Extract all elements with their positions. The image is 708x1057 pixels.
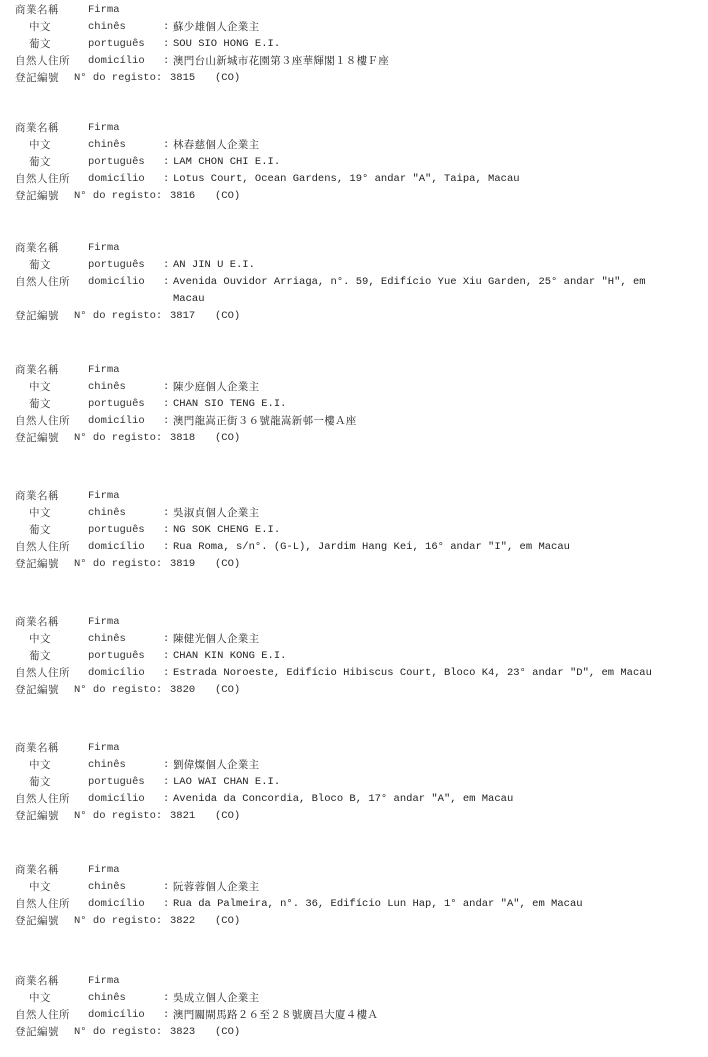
separator: :	[163, 757, 169, 774]
firm-label-zh: 商業名稱	[15, 488, 59, 505]
chinese-label-pt: chinês	[88, 137, 126, 154]
firm-label-pt: Firma	[88, 973, 120, 990]
portuguese-name-value: CHAN SIO TENG E.I.	[173, 396, 286, 413]
chinese-label-pt: chinês	[88, 631, 126, 648]
registry-number: 3817	[170, 308, 195, 325]
chinese-name-value: 蘇少雄個人企業主	[173, 19, 259, 36]
registry-type: (CO)	[215, 308, 240, 325]
separator: :	[163, 505, 169, 522]
domicile-label-pt: domicílio	[88, 896, 145, 913]
domicile-value: Lotus Court, Ocean Gardens, 19° andar "A…	[173, 171, 520, 188]
firm-label-pt: Firma	[88, 614, 120, 631]
separator: :	[163, 413, 169, 430]
portuguese-name-value: LAM CHON CHI E.I.	[173, 154, 280, 171]
portuguese-label-zh: 葡文	[29, 36, 51, 53]
registry-number-line: 登記編號 N° do registo: 3816 (CO)	[0, 188, 708, 205]
chinese-name-value: 陳少庭個人企業主	[173, 379, 259, 396]
registry-type: (CO)	[215, 70, 240, 87]
registry-label-zh: 登記編號	[15, 1024, 59, 1041]
domicile-label-pt: domicílio	[88, 53, 145, 70]
registry-type: (CO)	[215, 430, 240, 447]
firm-label-zh: 商業名稱	[15, 614, 59, 631]
registry-number-line: 登記編號 N° do registo: 3817 (CO)	[0, 308, 708, 325]
registry-number: 3820	[170, 682, 195, 699]
registry-number-line: 登記編號 N° do registo: 3820 (CO)	[0, 682, 708, 699]
chinese-label-pt: chinês	[88, 879, 126, 896]
registry-entry: 商業名稱 Firma 中文 chinês : 林春慈個人企業主 葡文 portu…	[0, 120, 708, 205]
firm-heading-line: 商業名稱 Firma	[0, 488, 708, 505]
separator: :	[163, 648, 169, 665]
domicile-value: Avenida Ouvidor Arriaga, n°. 59, Edifíci…	[173, 274, 646, 291]
chinese-label-pt: chinês	[88, 505, 126, 522]
chinese-label-zh: 中文	[29, 19, 51, 36]
firm-heading-line: 商業名稱 Firma	[0, 973, 708, 990]
registry-entry: 商業名稱 Firma 中文 chinês : 蘇少雄個人企業主 葡文 portu…	[0, 2, 708, 87]
firm-label-pt: Firma	[88, 120, 120, 137]
domicile-line: 自然人住所 domicílio : 澳門台山新城市花園第３座華輝閣１８樓Ｆ座	[0, 53, 708, 70]
firm-heading-line: 商業名稱 Firma	[0, 362, 708, 379]
separator: :	[163, 396, 169, 413]
chinese-name-value: 阮蓉蓉個人企業主	[173, 879, 259, 896]
firm-label-zh: 商業名稱	[15, 362, 59, 379]
registry-label-zh: 登記編號	[15, 682, 59, 699]
chinese-name-value: 吳淑貞個人企業主	[173, 505, 259, 522]
domicile-line: 自然人住所 domicílio : Lotus Court, Ocean Gar…	[0, 171, 708, 188]
registry-entry: 商業名稱 Firma 葡文 português : AN JIN U E.I. …	[0, 240, 708, 325]
registry-label-pt: N° do registo:	[74, 430, 162, 447]
domicile-label-pt: domicílio	[88, 171, 145, 188]
domicile-label-zh: 自然人住所	[15, 791, 70, 808]
chinese-name-line: 中文 chinês : 陳少庭個人企業主	[0, 379, 708, 396]
domicile-label-zh: 自然人住所	[15, 665, 70, 682]
chinese-name-value: 林春慈個人企業主	[173, 137, 259, 154]
portuguese-label-pt: português	[88, 154, 145, 171]
firm-label-zh: 商業名稱	[15, 120, 59, 137]
domicile-label-zh: 自然人住所	[15, 274, 70, 291]
chinese-name-line: 中文 chinês : 吳淑貞個人企業主	[0, 505, 708, 522]
registry-entry: 商業名稱 Firma 中文 chinês : 劉偉燦個人企業主 葡文 portu…	[0, 740, 708, 825]
separator: :	[163, 137, 169, 154]
firm-heading-line: 商業名稱 Firma	[0, 2, 708, 19]
chinese-name-line: 中文 chinês : 蘇少雄個人企業主	[0, 19, 708, 36]
firm-heading-line: 商業名稱 Firma	[0, 740, 708, 757]
registry-type: (CO)	[215, 556, 240, 573]
chinese-label-pt: chinês	[88, 379, 126, 396]
registry-type: (CO)	[215, 188, 240, 205]
portuguese-name-line: 葡文 português : LAO WAI CHAN E.I.	[0, 774, 708, 791]
separator: :	[163, 36, 169, 53]
portuguese-name-value: LAO WAI CHAN E.I.	[173, 774, 280, 791]
chinese-name-line: 中文 chinês : 吳成立個人企業主	[0, 990, 708, 1007]
registry-type: (CO)	[215, 913, 240, 930]
separator: :	[163, 53, 169, 70]
portuguese-name-line: 葡文 português : NG SOK CHENG E.I.	[0, 522, 708, 539]
firm-label-zh: 商業名稱	[15, 862, 59, 879]
separator: :	[163, 631, 169, 648]
chinese-label-zh: 中文	[29, 757, 51, 774]
chinese-name-line: 中文 chinês : 陳健光個人企業主	[0, 631, 708, 648]
registry-number-line: 登記編號 N° do registo: 3823 (CO)	[0, 1024, 708, 1041]
portuguese-label-zh: 葡文	[29, 522, 51, 539]
firm-heading-line: 商業名稱 Firma	[0, 614, 708, 631]
chinese-label-zh: 中文	[29, 990, 51, 1007]
separator: :	[163, 879, 169, 896]
domicile-value: 澳門龍嵩正街３６號龍嵩新邨一樓Ａ座	[173, 413, 357, 430]
registry-entry: 商業名稱 Firma 中文 chinês : 吳成立個人企業主 自然人住所 do…	[0, 973, 708, 1041]
chinese-name-value: 吳成立個人企業主	[173, 990, 259, 1007]
portuguese-label-pt: português	[88, 522, 145, 539]
registry-type: (CO)	[215, 1024, 240, 1041]
firm-label-pt: Firma	[88, 362, 120, 379]
separator: :	[163, 274, 169, 291]
chinese-name-line: 中文 chinês : 林春慈個人企業主	[0, 137, 708, 154]
firm-heading-line: 商業名稱 Firma	[0, 240, 708, 257]
separator: :	[163, 539, 169, 556]
registry-label-zh: 登記編號	[15, 913, 59, 930]
firm-label-zh: 商業名稱	[15, 740, 59, 757]
domicile-value: Avenida da Concordia, Bloco B, 17° andar…	[173, 791, 513, 808]
domicile-continuation-line: Macau	[0, 291, 708, 308]
chinese-label-pt: chinês	[88, 990, 126, 1007]
registry-label-pt: N° do registo:	[74, 556, 162, 573]
domicile-value: Estrada Noroeste, Edifício Hibiscus Cour…	[173, 665, 652, 682]
domicile-label-pt: domicílio	[88, 274, 145, 291]
domicile-value: Rua Roma, s/n°. (G-L), Jardim Hang Kei, …	[173, 539, 570, 556]
firm-label-pt: Firma	[88, 862, 120, 879]
separator: :	[163, 896, 169, 913]
domicile-label-zh: 自然人住所	[15, 539, 70, 556]
firm-label-zh: 商業名稱	[15, 240, 59, 257]
portuguese-name-line: 葡文 português : CHAN SIO TENG E.I.	[0, 396, 708, 413]
firm-label-pt: Firma	[88, 2, 120, 19]
chinese-label-zh: 中文	[29, 137, 51, 154]
portuguese-name-value: NG SOK CHENG E.I.	[173, 522, 280, 539]
registry-entry: 商業名稱 Firma 中文 chinês : 陳少庭個人企業主 葡文 portu…	[0, 362, 708, 447]
domicile-value: 澳門關閘馬路２６至２８號廣昌大廈４樓Ａ	[173, 1007, 378, 1024]
registry-entry: 商業名稱 Firma 中文 chinês : 陳健光個人企業主 葡文 portu…	[0, 614, 708, 699]
chinese-label-zh: 中文	[29, 879, 51, 896]
separator: :	[163, 257, 169, 274]
registry-listing-page: 商業名稱 Firma 中文 chinês : 蘇少雄個人企業主 葡文 portu…	[0, 0, 708, 1057]
portuguese-label-pt: português	[88, 774, 145, 791]
registry-label-zh: 登記編號	[15, 430, 59, 447]
chinese-name-value: 陳健光個人企業主	[173, 631, 259, 648]
firm-label-zh: 商業名稱	[15, 2, 59, 19]
registry-number: 3816	[170, 188, 195, 205]
registry-number: 3819	[170, 556, 195, 573]
domicile-label-pt: domicílio	[88, 665, 145, 682]
chinese-label-zh: 中文	[29, 505, 51, 522]
registry-number: 3818	[170, 430, 195, 447]
separator: :	[163, 154, 169, 171]
separator: :	[163, 665, 169, 682]
domicile-label-pt: domicílio	[88, 413, 145, 430]
portuguese-label-zh: 葡文	[29, 396, 51, 413]
domicile-line: 自然人住所 domicílio : Rua da Palmeira, n°. 3…	[0, 896, 708, 913]
portuguese-name-line: 葡文 português : CHAN KIN KONG E.I.	[0, 648, 708, 665]
domicile-label-zh: 自然人住所	[15, 1007, 70, 1024]
portuguese-name-value: SOU SIO HONG E.I.	[173, 36, 280, 53]
registry-number-line: 登記編號 N° do registo: 3818 (CO)	[0, 430, 708, 447]
separator: :	[163, 379, 169, 396]
portuguese-label-zh: 葡文	[29, 648, 51, 665]
portuguese-name-line: 葡文 português : AN JIN U E.I.	[0, 257, 708, 274]
portuguese-label-zh: 葡文	[29, 774, 51, 791]
registry-label-zh: 登記編號	[15, 556, 59, 573]
registry-number: 3821	[170, 808, 195, 825]
domicile-value: 澳門台山新城市花園第３座華輝閣１８樓Ｆ座	[173, 53, 389, 70]
firm-label-zh: 商業名稱	[15, 973, 59, 990]
registry-label-pt: N° do registo:	[74, 682, 162, 699]
chinese-name-line: 中文 chinês : 阮蓉蓉個人企業主	[0, 879, 708, 896]
registry-label-pt: N° do registo:	[74, 808, 162, 825]
separator: :	[163, 1007, 169, 1024]
registry-label-pt: N° do registo:	[74, 913, 162, 930]
domicile-value: Rua da Palmeira, n°. 36, Edifício Lun Ha…	[173, 896, 583, 913]
domicile-value-continued: Macau	[173, 291, 205, 308]
domicile-label-zh: 自然人住所	[15, 896, 70, 913]
registry-number: 3815	[170, 70, 195, 87]
registry-number-line: 登記編號 N° do registo: 3822 (CO)	[0, 913, 708, 930]
portuguese-name-value: CHAN KIN KONG E.I.	[173, 648, 286, 665]
domicile-line: 自然人住所 domicílio : Avenida da Concordia, …	[0, 791, 708, 808]
domicile-label-zh: 自然人住所	[15, 53, 70, 70]
separator: :	[163, 171, 169, 188]
portuguese-name-line: 葡文 português : SOU SIO HONG E.I.	[0, 36, 708, 53]
registry-label-pt: N° do registo:	[74, 70, 162, 87]
chinese-name-value: 劉偉燦個人企業主	[173, 757, 259, 774]
domicile-label-pt: domicílio	[88, 791, 145, 808]
registry-type: (CO)	[215, 682, 240, 699]
separator: :	[163, 774, 169, 791]
registry-number: 3822	[170, 913, 195, 930]
firm-heading-line: 商業名稱 Firma	[0, 862, 708, 879]
portuguese-label-pt: português	[88, 648, 145, 665]
domicile-line: 自然人住所 domicílio : 澳門龍嵩正街３６號龍嵩新邨一樓Ａ座	[0, 413, 708, 430]
chinese-label-pt: chinês	[88, 19, 126, 36]
registry-label-zh: 登記編號	[15, 70, 59, 87]
separator: :	[163, 990, 169, 1007]
registry-entry: 商業名稱 Firma 中文 chinês : 吳淑貞個人企業主 葡文 portu…	[0, 488, 708, 573]
registry-number-line: 登記編號 N° do registo: 3821 (CO)	[0, 808, 708, 825]
firm-label-pt: Firma	[88, 240, 120, 257]
registry-label-zh: 登記編號	[15, 188, 59, 205]
chinese-label-zh: 中文	[29, 631, 51, 648]
firm-label-pt: Firma	[88, 740, 120, 757]
registry-label-zh: 登記編號	[15, 808, 59, 825]
domicile-line: 自然人住所 domicílio : Avenida Ouvidor Arriag…	[0, 274, 708, 291]
portuguese-name-value: AN JIN U E.I.	[173, 257, 255, 274]
registry-number-line: 登記編號 N° do registo: 3819 (CO)	[0, 556, 708, 573]
portuguese-label-pt: português	[88, 36, 145, 53]
portuguese-label-zh: 葡文	[29, 257, 51, 274]
separator: :	[163, 791, 169, 808]
domicile-label-zh: 自然人住所	[15, 413, 70, 430]
chinese-label-zh: 中文	[29, 379, 51, 396]
registry-type: (CO)	[215, 808, 240, 825]
registry-entry: 商業名稱 Firma 中文 chinês : 阮蓉蓉個人企業主 自然人住所 do…	[0, 862, 708, 930]
separator: :	[163, 522, 169, 539]
portuguese-label-zh: 葡文	[29, 154, 51, 171]
domicile-line: 自然人住所 domicílio : Estrada Noroeste, Edif…	[0, 665, 708, 682]
domicile-label-zh: 自然人住所	[15, 171, 70, 188]
registry-number: 3823	[170, 1024, 195, 1041]
domicile-line: 自然人住所 domicílio : 澳門關閘馬路２６至２８號廣昌大廈４樓Ａ	[0, 1007, 708, 1024]
domicile-label-pt: domicílio	[88, 539, 145, 556]
registry-label-pt: N° do registo:	[74, 188, 162, 205]
firm-heading-line: 商業名稱 Firma	[0, 120, 708, 137]
portuguese-label-pt: português	[88, 396, 145, 413]
registry-label-pt: N° do registo:	[74, 1024, 162, 1041]
chinese-name-line: 中文 chinês : 劉偉燦個人企業主	[0, 757, 708, 774]
registry-label-zh: 登記編號	[15, 308, 59, 325]
domicile-label-pt: domicílio	[88, 1007, 145, 1024]
registry-number-line: 登記編號 N° do registo: 3815 (CO)	[0, 70, 708, 87]
domicile-line: 自然人住所 domicílio : Rua Roma, s/n°. (G-L),…	[0, 539, 708, 556]
registry-label-pt: N° do registo:	[74, 308, 162, 325]
firm-label-pt: Firma	[88, 488, 120, 505]
portuguese-name-line: 葡文 português : LAM CHON CHI E.I.	[0, 154, 708, 171]
portuguese-label-pt: português	[88, 257, 145, 274]
chinese-label-pt: chinês	[88, 757, 126, 774]
separator: :	[163, 19, 169, 36]
